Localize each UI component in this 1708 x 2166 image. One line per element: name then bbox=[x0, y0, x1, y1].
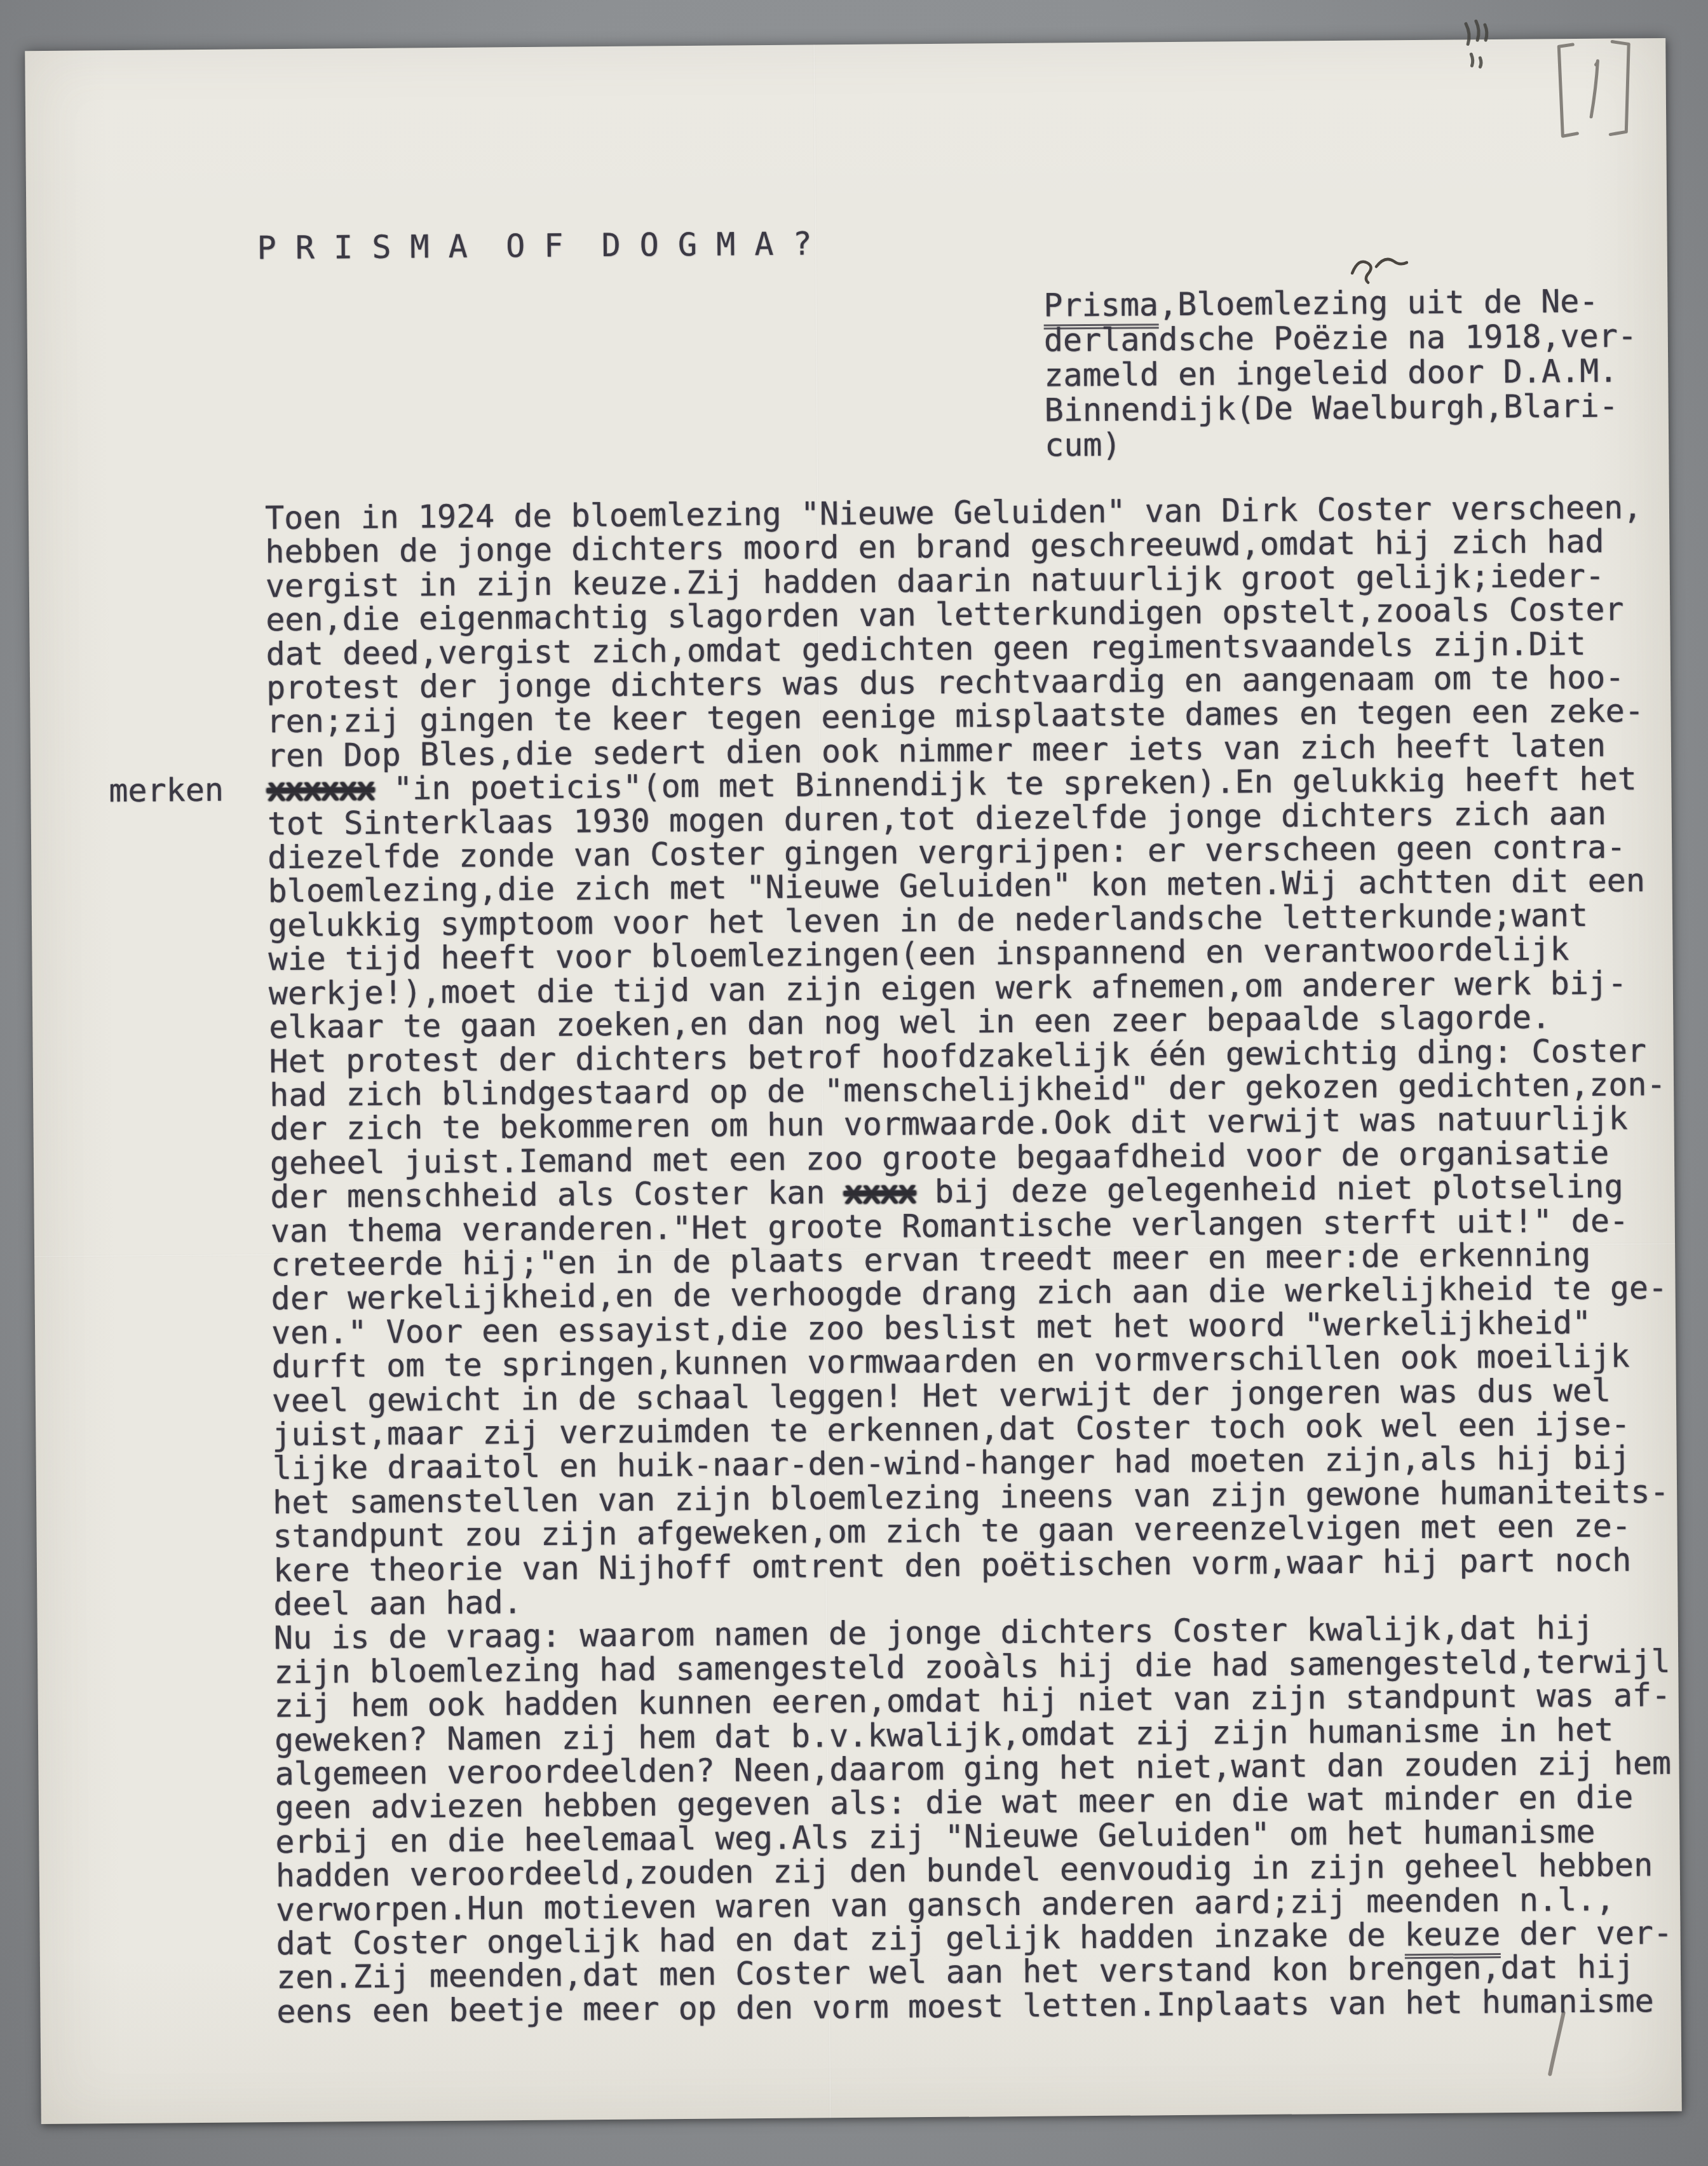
reference-block: Prisma,Bloemlezing uit de Ne- derlandsch… bbox=[1043, 283, 1637, 463]
struck-out-word: xxxxxx bbox=[267, 770, 374, 808]
reference-line: Prisma,Bloemlezing uit de Ne- bbox=[1043, 283, 1637, 323]
struck-out-word: xxxx bbox=[844, 1173, 916, 1211]
pen-squiggle-mark bbox=[1347, 245, 1418, 290]
margin-note: merken bbox=[109, 773, 224, 808]
paper-sheet: P R I S M A O F D O G M A ? Prisma,Bloem… bbox=[25, 38, 1682, 2124]
reference-line: cum) bbox=[1045, 423, 1638, 463]
scanned-document-page: { "page": { "background_color": "#8d9093… bbox=[0, 0, 1708, 2166]
line-text: der ver- bbox=[1500, 1914, 1672, 1952]
reference-line-text: ,Bloemlezing uit de Ne- bbox=[1158, 283, 1599, 323]
reference-line: Binnendijk(De Waelburgh,Blari- bbox=[1045, 388, 1638, 428]
ink-speckle-marks bbox=[1454, 17, 1550, 93]
page-title: P R I S M A O F D O G M A ? bbox=[257, 228, 811, 264]
reference-line: zameld en ingeleid door D.A.M. bbox=[1044, 353, 1637, 393]
reference-line: derlandsche Poëzie na 1918,ver- bbox=[1044, 318, 1637, 358]
body-text: Toen in 1924 de bloemlezing "Nieuwe Gelu… bbox=[265, 491, 1673, 2029]
handwritten-page-number bbox=[1550, 35, 1639, 150]
